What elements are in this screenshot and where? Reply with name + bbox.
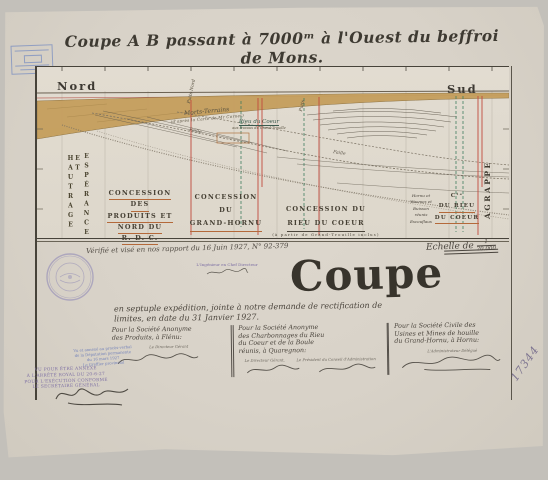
margin-label-esperance: ESPÉRANCE: [83, 153, 90, 235]
rieu-level-subtext: aux travaux du Grand-Trouille: [232, 126, 286, 130]
concession-line: NORD DU: [118, 223, 163, 234]
north-label: Nord: [57, 79, 97, 93]
concession-rieu-label: CONCESSION DU RIEU DU COEUR (à partir de…: [263, 202, 389, 238]
signature-columns: Pour la Société Anonyme des Produits, à …: [112, 321, 511, 379]
concession-line: DES: [131, 200, 150, 211]
concession-line: PRODUITS ET: [107, 212, 172, 223]
minister-signature: [50, 381, 134, 407]
party-grandhornu: Pour la Société Civile des Usines et Min…: [394, 321, 510, 375]
concession-produits-label: CONCESSION DES PRODUITS ET NORD DU R. D.…: [92, 189, 188, 245]
concession-line: DU: [219, 206, 233, 214]
signature: [239, 361, 379, 377]
signature: [395, 352, 505, 372]
cross-section-frame: Nord Sud Morts-Terrains (d'après la Cart…: [37, 66, 509, 239]
concession-subline: (à partir de Grand-Trouille inclus): [272, 232, 379, 237]
engineer-stamp: L'Ingénieur en Chef Directeur: [192, 262, 262, 277]
concession-line: CONCESSION: [195, 193, 258, 201]
scale-fraction: 1 20.000: [476, 240, 496, 252]
stamp-line: [15, 49, 49, 51]
party-role: Le Directeur Gérant,: [245, 358, 285, 364]
rieu-level-text: Rieu du Coeur: [239, 119, 279, 126]
south-label: Sud: [447, 82, 478, 96]
column-divider: [230, 325, 234, 377]
column-divider: [386, 323, 390, 375]
round-seal-icon: [44, 251, 96, 303]
concession-line: DU RIEU: [439, 201, 475, 213]
party-heading-line: du Grand-Hornu, à Hornu:: [394, 336, 510, 345]
rieu-du-coeur-level-label: Rieu du Coeur aux travaux du Grand-Troui…: [229, 119, 289, 131]
concession-line: CONCESSION DU: [286, 205, 366, 213]
concession-grandhornu-label: CONCESSION DU GRAND-HORNU: [189, 191, 263, 232]
party-heading-line: des Produits, à Flénu:: [112, 333, 226, 342]
coupe-heading: Coupe: [289, 251, 443, 299]
concession-line: RIEU DU COEUR: [287, 216, 364, 232]
concession-line: DU COEUR: [435, 213, 479, 225]
concession-line: R. D. C.: [122, 234, 159, 245]
scanned-paper: Coupe A B passant à 7000ᵐ à l'Ouest du b…: [2, 5, 545, 462]
concession-line: CONCESSION: [109, 189, 172, 200]
engineer-stamp-text: L'Ingénieur en Chef Directeur: [192, 262, 262, 267]
concession-line: Cᵗᵉ: [451, 193, 464, 199]
stamp-box: [24, 55, 42, 64]
cte-rieu-label: Cᵗᵉ DU RIEU DU COEUR: [433, 191, 481, 224]
engineer-signature: [205, 268, 249, 277]
scale-denominator: 20.000: [477, 244, 496, 251]
concession-line: GRAND-HORNU: [190, 217, 262, 232]
party-role: L'Administrateur Délégué: [427, 347, 477, 353]
party-role: Le Directeur Gérant: [149, 344, 188, 350]
margin-label-agrappe: AGRAPPE: [483, 160, 492, 219]
inventory-number: 17344: [508, 343, 542, 383]
party-heading-line: réunis, à Quaregnon:: [239, 346, 382, 356]
party-rieu-boule: Pour la Société Anonyme des Charbonnages…: [238, 323, 382, 377]
margin-label-et-hautrage: ET HAUTRAGE: [67, 155, 81, 235]
map-title: Coupe A B passant à 7000ᵐ à l'Ouest du b…: [54, 26, 510, 70]
